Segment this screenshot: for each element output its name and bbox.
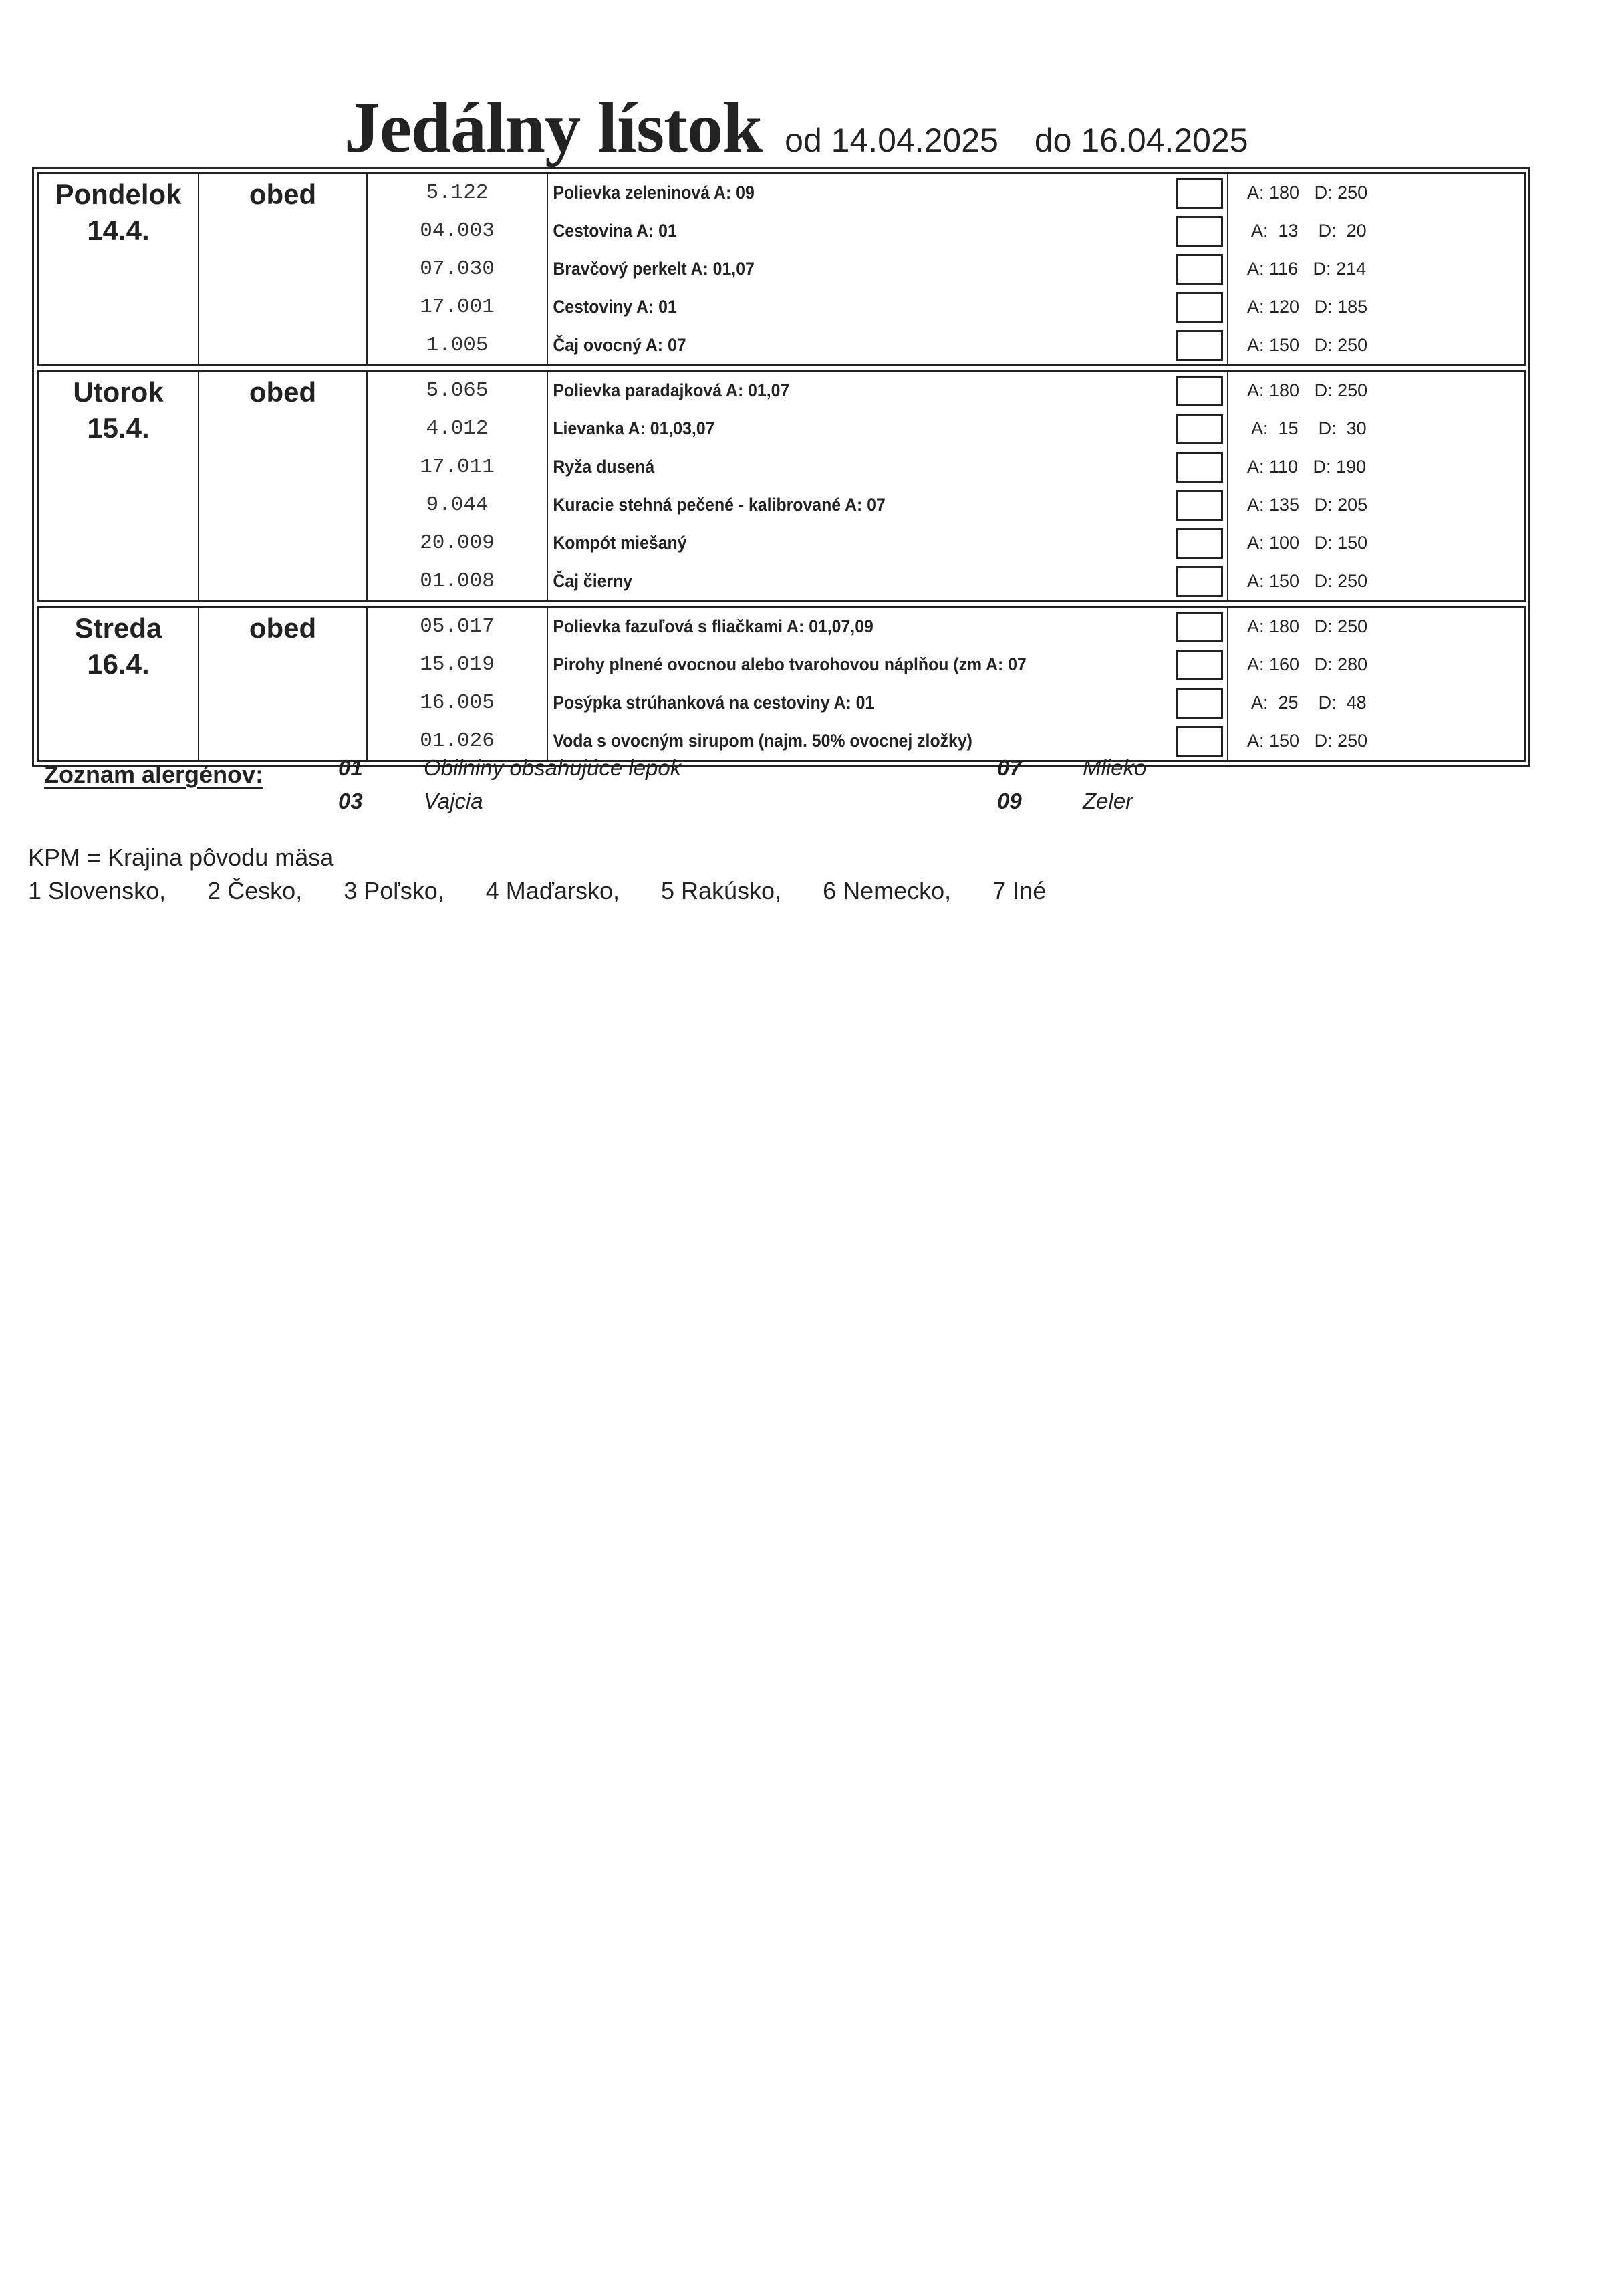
checkbox-column — [1171, 608, 1228, 760]
dish-name: Ryža dusená — [548, 457, 654, 477]
portion-values: A: 150 D: 250 — [1228, 571, 1367, 592]
day-cell: Pondelok14.4. — [39, 174, 199, 364]
order-checkbox[interactable] — [1176, 452, 1223, 483]
code-column: 5.12204.00307.03017.0011.005 — [368, 174, 548, 364]
portion-values: A: 180 D: 250 — [1228, 616, 1367, 637]
dish-name: Čaj ovocný A: 07 — [548, 335, 686, 356]
dish-name: Posýpka strúhanková na cestoviny A: 01 — [548, 692, 874, 713]
order-checkbox[interactable] — [1176, 490, 1223, 521]
kpm-legend: KPM = Krajina pôvodu mäsa — [28, 844, 333, 872]
dish-code: 01.026 — [368, 729, 547, 753]
allergen-name: Mlieko — [1083, 755, 1146, 780]
order-checkbox[interactable] — [1176, 650, 1223, 680]
order-checkbox[interactable] — [1176, 566, 1223, 597]
from-date: 14.04.2025 — [831, 122, 998, 159]
portion-column: A: 180 D: 250 A: 15 D: 30A: 110 D: 190A:… — [1228, 372, 1524, 600]
dish-column: Polievka paradajková A: 01,07Lievanka A:… — [548, 372, 1171, 600]
meal-type: obed — [199, 372, 368, 600]
allergen-item: 03Vajcia — [338, 789, 483, 814]
portion-column: A: 180 D: 250A: 160 D: 280 A: 25 D: 48A:… — [1228, 608, 1524, 760]
portion-values: A: 180 D: 250 — [1228, 182, 1367, 203]
order-checkbox[interactable] — [1176, 254, 1223, 285]
dish-code: 20.009 — [368, 531, 547, 555]
dish-code: 4.012 — [368, 417, 547, 440]
dish-column: Polievka zeleninová A: 09Cestovina A: 01… — [548, 174, 1171, 364]
dish-code: 15.019 — [368, 653, 547, 676]
dish-name: Cestoviny A: 01 — [548, 297, 677, 317]
dish-code: 17.011 — [368, 455, 547, 479]
order-checkbox[interactable] — [1176, 414, 1223, 444]
dish-name: Kompót miešaný — [548, 533, 687, 553]
portion-values: A: 180 D: 250 — [1228, 380, 1367, 401]
dish-code: 5.065 — [368, 379, 547, 402]
to-label: do — [1035, 122, 1072, 159]
kpm-country: 7 Iné — [992, 877, 1046, 904]
day-section-streda: Streda16.4.obed05.01715.01916.00501.026P… — [37, 606, 1526, 762]
order-checkbox[interactable] — [1176, 688, 1223, 719]
portion-values: A: 100 D: 150 — [1228, 533, 1367, 553]
portion-values: A: 25 D: 48 — [1228, 692, 1367, 713]
allergen-item: 01Obilniny obsahujúce lepok — [338, 755, 681, 781]
day-cell: Utorok15.4. — [39, 372, 199, 600]
order-checkbox[interactable] — [1176, 216, 1223, 247]
dish-code: 07.030 — [368, 257, 547, 281]
dish-code: 05.017 — [368, 615, 547, 638]
portion-values: A: 110 D: 190 — [1228, 457, 1366, 477]
dish-name: Voda s ovocným sirupom (najm. 50% ovocne… — [548, 731, 972, 751]
portion-values: A: 150 D: 250 — [1228, 731, 1367, 751]
allergen-name: Obilniny obsahujúce lepok — [424, 755, 681, 780]
order-checkbox[interactable] — [1176, 726, 1223, 757]
dish-name: Kuracie stehná pečené - kalibrované A: 0… — [548, 495, 886, 515]
dish-code: 9.044 — [368, 493, 547, 517]
portion-values: A: 15 D: 30 — [1228, 418, 1367, 439]
kpm-country: 3 Poľsko, — [344, 877, 444, 904]
kpm-country: 5 Rakúsko, — [661, 877, 781, 904]
dish-name: Polievka paradajková A: 01,07 — [548, 380, 789, 401]
kpm-country: 6 Nemecko, — [823, 877, 951, 904]
portion-values: A: 135 D: 205 — [1228, 495, 1367, 515]
allergen-number: 07 — [997, 755, 1083, 781]
checkbox-column — [1171, 174, 1228, 364]
page-title: Jedálny lístok — [344, 88, 762, 168]
order-checkbox[interactable] — [1176, 330, 1223, 361]
day-date: 15.4. — [39, 410, 198, 447]
dish-code: 1.005 — [368, 334, 547, 357]
portion-column: A: 180 D: 250 A: 13 D: 20A: 116 D: 214A:… — [1228, 174, 1524, 364]
day-cell: Streda16.4. — [39, 608, 199, 760]
kpm-country: 2 Česko, — [207, 877, 302, 904]
order-checkbox[interactable] — [1176, 376, 1223, 406]
dish-name: Cestovina A: 01 — [548, 221, 677, 241]
checkbox-column — [1171, 372, 1228, 600]
menu-table: Pondelok14.4.obed5.12204.00307.03017.001… — [32, 167, 1530, 767]
portion-values: A: 13 D: 20 — [1228, 221, 1367, 241]
allergen-heading: Zoznam alergénov: — [44, 761, 263, 789]
meal-type: obed — [199, 608, 368, 760]
dish-name: Polievka zeleninová A: 09 — [548, 182, 755, 203]
day-date: 16.4. — [39, 646, 198, 682]
allergen-name: Zeler — [1083, 789, 1133, 813]
to-date: 16.04.2025 — [1081, 122, 1248, 159]
dish-code: 17.001 — [368, 295, 547, 319]
code-column: 05.01715.01916.00501.026 — [368, 608, 548, 760]
kpm-country: 1 Slovensko, — [28, 877, 166, 904]
kpm-country: 4 Maďarsko, — [486, 877, 620, 904]
meal-type: obed — [199, 174, 368, 364]
dish-code: 5.122 — [368, 181, 547, 205]
day-date: 14.4. — [39, 213, 198, 249]
allergen-name: Vajcia — [424, 789, 483, 813]
allergen-item: 07Mlieko — [997, 755, 1146, 781]
allergen-number: 03 — [338, 789, 424, 814]
dish-name: Pirohy plnené ovocnou alebo tvarohovou n… — [548, 654, 1027, 675]
dish-code: 16.005 — [368, 691, 547, 715]
dish-name: Bravčový perkelt A: 01,07 — [548, 259, 755, 279]
day-name: Utorok — [39, 374, 198, 410]
from-label: od — [785, 122, 822, 159]
day-section-utorok: Utorok15.4.obed5.0654.01217.0119.04420.0… — [37, 370, 1526, 602]
allergen-number: 09 — [997, 789, 1083, 814]
kpm-country-list: 1 Slovensko,2 Česko,3 Poľsko,4 Maďarsko,… — [28, 877, 1087, 905]
order-checkbox[interactable] — [1176, 292, 1223, 323]
day-section-pondelok: Pondelok14.4.obed5.12204.00307.03017.001… — [37, 172, 1526, 366]
order-checkbox[interactable] — [1176, 528, 1223, 559]
allergen-item: 09Zeler — [997, 789, 1133, 814]
dish-column: Polievka fazuľová s fliačkami A: 01,07,0… — [548, 608, 1171, 760]
portion-values: A: 120 D: 185 — [1228, 297, 1367, 317]
order-checkbox[interactable] — [1176, 612, 1223, 642]
page-header: Jedálny lístok od 14.04.2025 do 16.04.20… — [344, 87, 1248, 167]
portion-values: A: 116 D: 214 — [1228, 259, 1366, 279]
dish-name: Čaj čierny — [548, 571, 632, 592]
code-column: 5.0654.01217.0119.04420.00901.008 — [368, 372, 548, 600]
dish-name: Polievka fazuľová s fliačkami A: 01,07,0… — [548, 616, 874, 637]
allergen-number: 01 — [338, 755, 424, 781]
portion-values: A: 150 D: 250 — [1228, 335, 1367, 356]
dish-code: 01.008 — [368, 569, 547, 593]
date-range: od 14.04.2025 do 16.04.2025 — [785, 122, 1248, 159]
order-checkbox[interactable] — [1176, 178, 1223, 209]
portion-values: A: 160 D: 280 — [1228, 654, 1367, 675]
day-name: Pondelok — [39, 176, 198, 213]
dish-code: 04.003 — [368, 219, 547, 243]
day-name: Streda — [39, 610, 198, 646]
dish-name: Lievanka A: 01,03,07 — [548, 418, 714, 439]
